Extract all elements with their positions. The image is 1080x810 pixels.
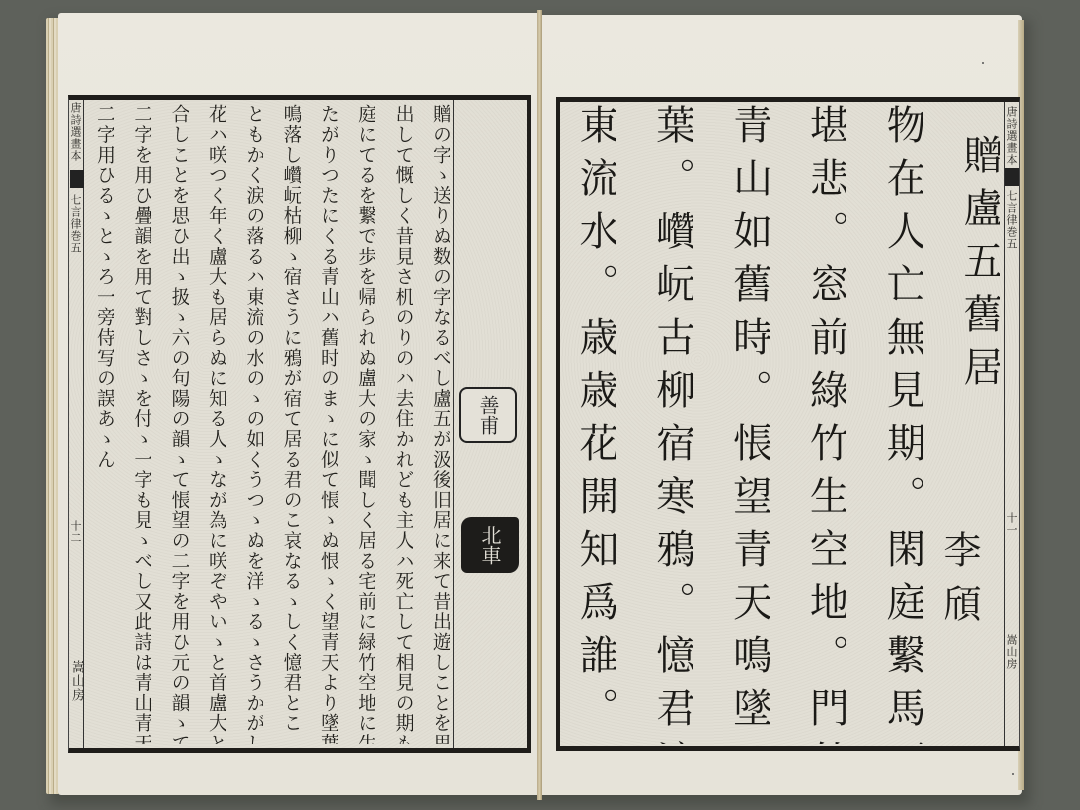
commentary-column: たがりつたにくる青山ハ舊时のまゝに似て悵ゝぬ恨ゝく望青天より墜葉が <box>312 104 338 744</box>
poem-title: 贈盧五舊居 <box>952 104 1000 774</box>
poem-author: 李頎 <box>940 530 978 638</box>
seal-text: 善甫 <box>478 395 498 435</box>
paper-speck <box>982 62 984 64</box>
seal-stamp-filled: 北車 <box>461 517 519 573</box>
right-margin-publisher: 嵩山房 <box>1006 634 1017 670</box>
right-margin-page-number: 十一 <box>1006 512 1017 536</box>
right-margin-title: 唐詩選畫本 <box>1006 106 1017 166</box>
paper-speck <box>1012 773 1014 775</box>
left-margin-title: 唐詩選畫本 <box>70 102 81 162</box>
commentary-column: 花ハ咲つく年く盧大も居らぬに知る人ゝなが為に咲ぞやいゝと首盧大と人安く出 <box>200 104 226 744</box>
seal-stamp-outline: 善甫 <box>459 387 517 443</box>
left-margin-volume: 七言律巻五 <box>70 194 81 254</box>
left-margin-page-number: 十二 <box>70 520 81 544</box>
commentary-column: 鳴落し巑岏枯柳ゝ宿さうに鴉が宿て居る君のこ哀なるゝしく憶君とこ <box>275 104 301 744</box>
commentary-column: 庭にてるを繋で歩を帰られぬ盧大の家ゝ聞しく居る宅前に緑竹空地に生 <box>349 104 375 744</box>
paper-speck <box>598 132 600 134</box>
fishtail-mark <box>1005 168 1019 186</box>
commentary-column: 合しことを思ひ出ゝ扱ゝ六の句陽の韻ゝて悵望の二字を用ひ元の韻ゝて巑岏の <box>163 104 189 744</box>
poem-text-block: 贈盧五舊居 物在人亡無見期。閑庭繫馬不 堪悲。窓前綠竹生空地。門外 青山如舊時。… <box>568 104 1000 744</box>
commentary-text-block: 贈の字ゝ送りぬ数の字なるべし盧五が汲後旧居に来て昔出遊しことを思ひ 出して慨しく… <box>88 104 450 744</box>
poem-column: 青山如舊時。悵望青天鳴墜 <box>722 104 770 744</box>
left-margin-publisher: 嵩山房 <box>70 660 83 702</box>
commentary-column: 贈の字ゝ送りぬ数の字なるべし盧五が汲後旧居に来て昔出遊しことを思ひ <box>424 104 450 744</box>
commentary-column: 二字を用ひ疊韻を用て對しさゝを付ゝ一字も見ゝべし又此詩は青山青天と青の字 <box>125 104 151 744</box>
book-gutter <box>537 10 542 800</box>
poem-column: 東流水。歳歳花開知爲誰。 <box>568 104 616 744</box>
right-margin-column: 唐詩選畫本 七言律巻五 十一 嵩山房 <box>1004 102 1019 746</box>
seal-text: 北車 <box>480 525 500 565</box>
poem-column: 物在人亡無見期。閑庭繫馬不 <box>875 104 923 744</box>
fishtail-mark <box>70 170 84 188</box>
poem-column: 堪悲。窓前綠竹生空地。門外 <box>798 104 846 744</box>
commentary-column: 出して慨しく昔見さ机のりのハ去住かれども主人ハ死亡して相見の期もなき事ある <box>387 104 413 744</box>
right-margin-volume: 七言律巻五 <box>1006 190 1017 250</box>
seal-column-divider <box>453 100 454 748</box>
commentary-column: 二字用ひるゝとゝろ一旁侍写の誤あゝん <box>88 104 114 744</box>
left-margin-column: 唐詩選畫本 七言律巻五 十二 嵩山房 <box>70 100 84 748</box>
poem-column: 葉。巑岏古柳宿寒鴉。憶君淚落 <box>645 104 693 744</box>
commentary-column: ともかく涙の落るハ東流の水のゝの如くうつゝぬを洋ゝるゝさうかがし歳々 <box>237 104 263 744</box>
